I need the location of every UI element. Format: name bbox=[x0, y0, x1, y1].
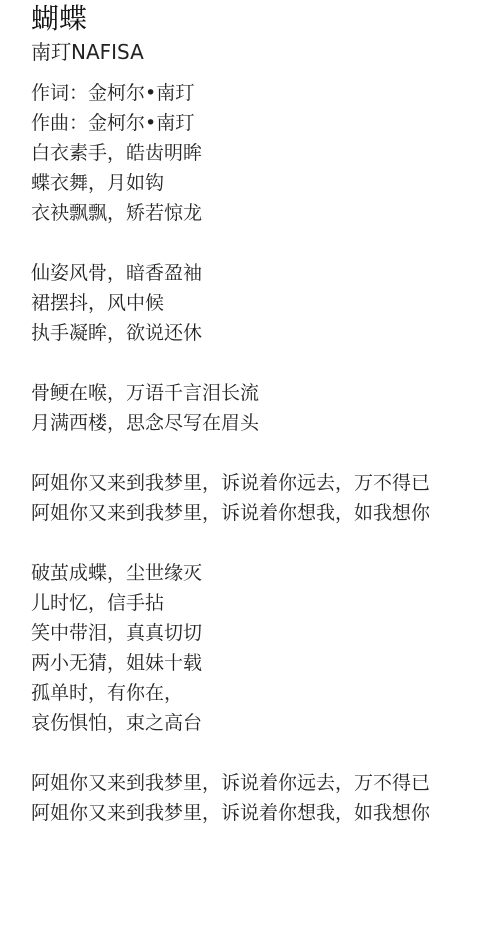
lyric-line: 笑中带泪，真真切切 bbox=[31, 618, 430, 648]
lyric-blank-line bbox=[31, 738, 430, 768]
lyric-line: 作词：金柯尔•南玎 bbox=[31, 78, 430, 108]
lyric-line: 阿姐你又来到我梦里，诉说着你远去，万不得已 bbox=[31, 768, 430, 798]
lyric-line: 衣袂飘飘，矫若惊龙 bbox=[31, 198, 430, 228]
song-title: 蝴蝶 bbox=[31, 2, 87, 36]
lyric-line: 儿时忆，信手拈 bbox=[31, 588, 430, 618]
lyric-line: 仙姿风骨，暗香盈袖 bbox=[31, 258, 430, 288]
lyric-line: 哀伤惧怕，束之高台 bbox=[31, 708, 430, 738]
artist-name: 南玎NAFISA bbox=[31, 39, 144, 65]
lyric-blank-line bbox=[31, 228, 430, 258]
lyric-line: 破茧成蝶，尘世缘灭 bbox=[31, 558, 430, 588]
lyric-line: 执手凝眸，欲说还休 bbox=[31, 318, 430, 348]
lyric-blank-line bbox=[31, 438, 430, 468]
lyric-blank-line bbox=[31, 348, 430, 378]
lyric-line: 阿姐你又来到我梦里，诉说着你想我，如我想你 bbox=[31, 498, 430, 528]
lyric-line: 裙摆抖，风中候 bbox=[31, 288, 430, 318]
lyric-line: 阿姐你又来到我梦里，诉说着你想我，如我想你 bbox=[31, 798, 430, 828]
lyric-line: 两小无猜，姐妹十载 bbox=[31, 648, 430, 678]
lyric-line: 作曲：金柯尔•南玎 bbox=[31, 108, 430, 138]
lyric-line: 阿姐你又来到我梦里，诉说着你远去，万不得已 bbox=[31, 468, 430, 498]
lyric-line: 骨鲠在喉，万语千言泪长流 bbox=[31, 378, 430, 408]
lyric-line: 孤单时，有你在， bbox=[31, 678, 430, 708]
lyric-blank-line bbox=[31, 528, 430, 558]
lyric-line: 白衣素手，皓齿明眸 bbox=[31, 138, 430, 168]
lyric-line: 蝶衣舞，月如钩 bbox=[31, 168, 430, 198]
lyrics-body: 作词：金柯尔•南玎 作曲：金柯尔•南玎 白衣素手，皓齿明眸 蝶衣舞，月如钩 衣袂… bbox=[31, 78, 430, 828]
lyric-line: 月满西楼，思念尽写在眉头 bbox=[31, 408, 430, 438]
